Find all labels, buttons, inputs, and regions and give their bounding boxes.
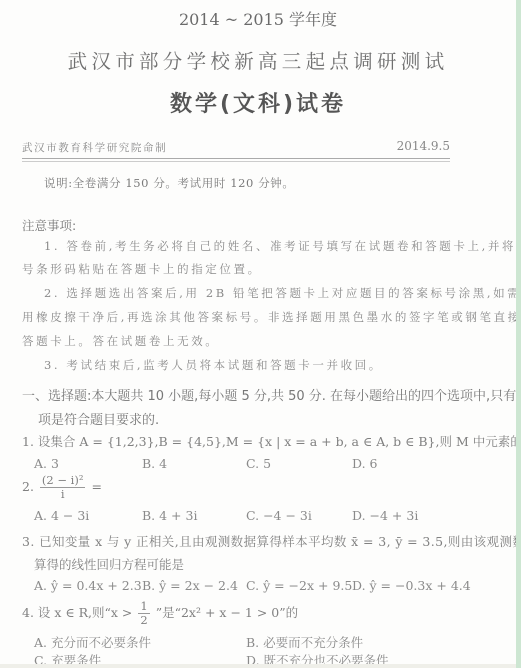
question-1-stem: 1. 设集合 A = {1,2,3},B = {4,5},M = {x | x … [22,432,521,450]
q2-numerator: (2 − i)² [40,474,86,488]
question-3-stem-cont: 算得的线性回归方程可能是 [34,555,184,573]
question-4-stem: 4. 设 x ∈ R,则“x > 1 2 ”是“2x² + x − 1 > 0”… [22,600,298,627]
q2-fraction: (2 − i)² i [40,474,86,501]
school-year: 2014 ~ 2015 学年度 [0,7,516,30]
notice-title: 注意事项: [22,216,76,234]
question-2-stem: 2. (2 − i)² i = [22,474,102,501]
q3-option-c: C. ŷ = −2x + 9.5 [246,578,352,593]
q4-stem-suffix: ”是“2x² + x − 1 > 0”的 [156,605,298,620]
section-heading-cont: 项是符合题目要求的. [38,409,159,428]
notice-item-2-cont2: 答题卡上。答在试题卷上无效。 [22,333,219,349]
q3-option-a: A. ŷ = 0.4x + 2.3 [34,578,142,593]
q1-option-c: C. 5 [246,456,271,471]
notice-item-1-cont: 号条形码粘贴在答题卡上的指定位置。 [22,261,262,277]
q2-option-b: B. 4 + 3i [142,508,197,523]
exam-note: 说明:全卷满分 150 分。考试用时 120 分钟。 [44,175,295,191]
q4-option-b: B. 必要而不充分条件 [246,633,363,651]
notice-item-3: 3. 考试结束后,监考人员将本试题和答题卡一并收回。 [44,357,383,373]
header-divider [22,158,450,159]
exam-name: 武汉市部分学校新高三起点调研测试 [0,46,516,74]
page-title: 数学(文科)试卷 [0,87,516,118]
notice-item-2: 2. 选择题选出答案后,用 2B 铅笔把答题卡上对应题目的答案标号涂黑,如需改动… [44,285,521,301]
q1-option-d: D. 6 [352,456,377,471]
exam-page: 2014 ~ 2015 学年度 武汉市部分学校新高三起点调研测试 数学(文科)试… [0,0,516,668]
exam-date: 2014.9.5 [0,139,450,153]
question-3-stem: 3. 已知变量 x 与 y 正相关,且由观测数据算得样本平均数 x̄ = 3, … [22,532,521,550]
q4-fraction: 1 2 [138,600,149,627]
notice-item-2-cont1: 用橡皮擦干净后,再选涂其他答案标号。非选择题用黑色墨水的签字笔或钢笔直接答在 [22,309,521,325]
q4-numerator: 1 [138,600,149,614]
q3-option-b: B. ŷ = 2x − 2.4 [142,578,238,593]
q2-denominator: i [40,488,86,501]
q2-number: 2. [22,479,34,494]
notice-item-1: 1. 答卷前,考生务必将自己的姓名、准考证号填写在试题卷和答题卡上,并将准考证 [44,238,521,254]
q2-option-a: A. 4 − 3i [34,508,89,523]
q3-option-d: D. ŷ = −0.3x + 4.4 [352,578,471,593]
q4-stem-prefix: 4. 设 x ∈ R,则“x > [22,605,132,620]
q4-option-a: A. 充分而不必要条件 [34,633,151,651]
scan-margin-strip [516,0,521,668]
page-bottom-edge [0,664,516,668]
q4-denominator: 2 [138,614,149,627]
q1-option-a: A. 3 [34,456,59,471]
q1-option-b: B. 4 [142,456,167,471]
q2-option-c: C. −4 − 3i [246,508,312,523]
q2-option-d: D. −4 + 3i [352,508,418,523]
section-heading: 一、选择题:本大题共 10 小题,每小题 5 分,共 50 分. 在每小题给出的… [22,385,521,404]
header-divider-secondary [22,161,450,162]
q2-equals: = [91,479,101,494]
